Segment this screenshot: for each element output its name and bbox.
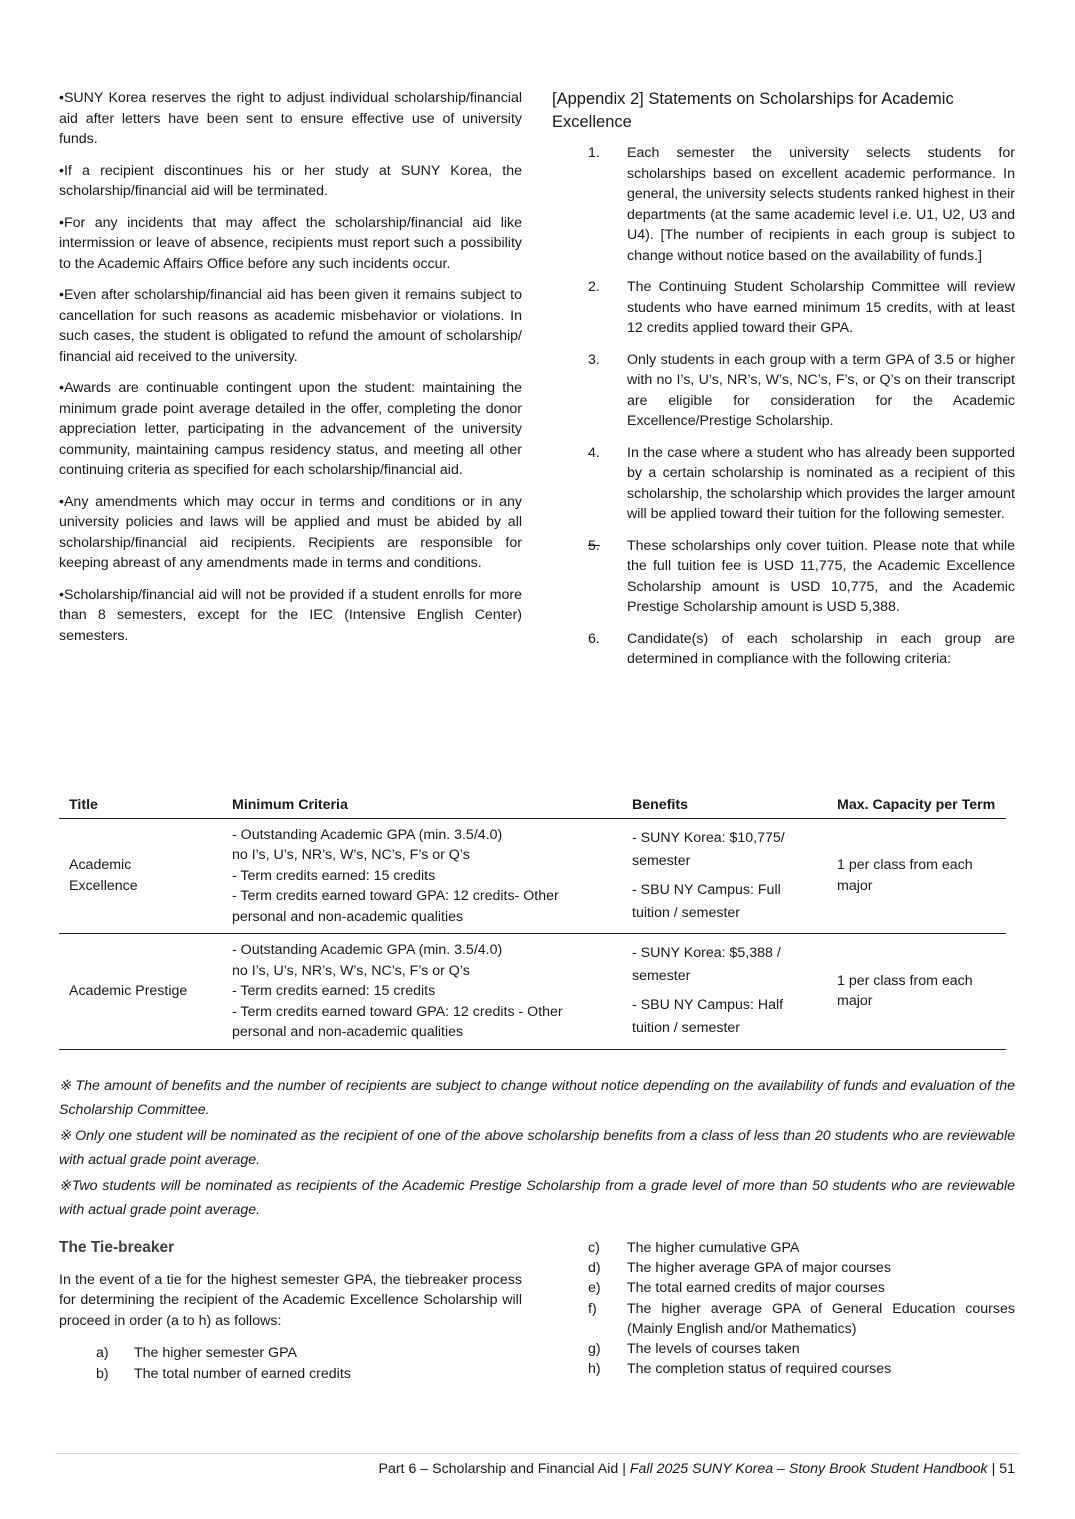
list-marker: a) xyxy=(96,1343,109,1364)
list-item-text: The levels of courses taken xyxy=(627,1341,800,1357)
benefit-line: - SBU NY Campus: Half tuition / semester xyxy=(632,994,817,1040)
cell-capacity: 1 per class from each major xyxy=(827,934,1006,1050)
header-title: Title xyxy=(59,793,222,818)
note: ※ The amount of benefits and the number … xyxy=(59,1074,1015,1122)
list-marker: 3. xyxy=(588,350,600,371)
list-marker: d) xyxy=(588,1258,601,1278)
footer-separator: | xyxy=(988,1461,1000,1477)
scholarship-table: Title Minimum Criteria Benefits Max. Cap… xyxy=(59,793,1006,1050)
criteria-line: - Term credits earned: 15 credits xyxy=(232,981,612,1002)
cell-benefits: - SUNY Korea: $5,388 / semester - SBU NY… xyxy=(622,934,827,1050)
list-item-text: The Continuing Student Scholarship Commi… xyxy=(627,279,1015,336)
tiebreaker-list-right: c)The higher cumulative GPA d)The higher… xyxy=(552,1238,1015,1379)
benefit-line: - SUNY Korea: $10,775/ semester xyxy=(632,827,817,873)
cell-criteria: - Outstanding Academic GPA (min. 3.5/4.0… xyxy=(222,934,622,1050)
list-item-text: The higher cumulative GPA xyxy=(627,1240,799,1256)
criteria-line: - Outstanding Academic GPA (min. 3.5/4.0… xyxy=(232,940,612,961)
tiebreaker-section: The Tie-breaker In the event of a tie fo… xyxy=(59,1238,522,1384)
tiebreaker-intro: In the event of a tie for the highest se… xyxy=(59,1270,522,1332)
policy-paragraph: •For any incidents that may affect the s… xyxy=(59,213,522,275)
list-item: 5.These scholarships only cover tuition.… xyxy=(552,536,1015,618)
criteria-line: no I’s, U’s, NR’s, W’s, NC’s, F’s or Q’s xyxy=(232,961,612,982)
policy-paragraph: •Even after scholarship/financial aid ha… xyxy=(59,285,522,367)
table-header-row: Title Minimum Criteria Benefits Max. Cap… xyxy=(59,793,1006,818)
policy-paragraph: •Scholarship/financial aid will not be p… xyxy=(59,585,522,647)
table-notes: ※ The amount of benefits and the number … xyxy=(59,1074,1015,1224)
policy-paragraph: •Any amendments which may occur in terms… xyxy=(59,492,522,574)
criteria-line: - Term credits earned: 15 credits xyxy=(232,866,612,887)
table-row: Academic Excellence - Outstanding Academ… xyxy=(59,818,1006,934)
list-item: c)The higher cumulative GPA xyxy=(552,1238,1015,1258)
cell-title: Academic Excellence xyxy=(59,818,222,934)
list-marker: 4. xyxy=(588,443,600,464)
appendix-section: [Appendix 2] Statements on Scholarships … xyxy=(552,88,1015,681)
footer-section: Part 6 – Scholarship and Financial Aid xyxy=(378,1461,618,1477)
benefit-line: - SBU NY Campus: Full tuition / semester xyxy=(632,879,817,925)
list-item-text: The higher average GPA of major courses xyxy=(627,1260,891,1276)
policy-paragraph: •Awards are continuable contingent upon … xyxy=(59,378,522,481)
criteria-line: personal and non-academic qualities xyxy=(232,1022,612,1043)
list-item-text: Candidate(s) of each scholarship in each… xyxy=(627,631,1015,668)
header-criteria: Minimum Criteria xyxy=(222,793,622,818)
tiebreaker-title: The Tie-breaker xyxy=(59,1238,522,1259)
list-item: e)The total earned credits of major cour… xyxy=(552,1278,1015,1298)
cell-capacity: 1 per class from each major xyxy=(827,818,1006,934)
list-marker: b) xyxy=(96,1364,109,1385)
list-marker: f) xyxy=(588,1299,597,1319)
tiebreaker-list-left: a)The higher semester GPA b)The total nu… xyxy=(59,1343,522,1384)
list-item-text: The higher semester GPA xyxy=(134,1345,297,1361)
list-marker: 1. xyxy=(588,143,600,164)
table-row: Academic Prestige - Outstanding Academic… xyxy=(59,934,1006,1050)
criteria-line: no I’s, U’s, NR’s, W’s, NC’s, F’s or Q’s xyxy=(232,845,612,866)
list-item-text: The completion status of required course… xyxy=(627,1361,891,1377)
footer-handbook-title: Fall 2025 SUNY Korea – Stony Brook Stude… xyxy=(630,1461,988,1477)
policy-paragraph: •If a recipient discontinues his or her … xyxy=(59,161,522,202)
cell-benefits: - SUNY Korea: $10,775/ semester - SBU NY… xyxy=(622,818,827,934)
list-item: 3.Only students in each group with a ter… xyxy=(552,350,1015,432)
list-item-text: These scholarships only cover tuition. P… xyxy=(627,538,1015,616)
list-marker: e) xyxy=(588,1278,601,1298)
benefit-line: - SUNY Korea: $5,388 / semester xyxy=(632,942,817,988)
cell-criteria: - Outstanding Academic GPA (min. 3.5/4.0… xyxy=(222,818,622,934)
list-marker: 6. xyxy=(588,629,600,650)
list-marker: 2. xyxy=(588,277,600,298)
list-item: 1.Each semester the university selects s… xyxy=(552,143,1015,266)
left-column: •SUNY Korea reserves the right to adjust… xyxy=(59,88,522,657)
list-item: 6.Candidate(s) of each scholarship in ea… xyxy=(552,629,1015,670)
list-item: b)The total number of earned credits xyxy=(59,1364,522,1385)
list-item-text: Each semester the university selects stu… xyxy=(627,145,1015,264)
page-footer: Part 6 – Scholarship and Financial Aid |… xyxy=(378,1459,1015,1479)
list-marker: 5. xyxy=(588,536,600,557)
list-item-text: In the case where a student who has alre… xyxy=(627,445,1015,523)
list-marker: g) xyxy=(588,1339,601,1359)
list-item-text: The higher average GPA of General Educat… xyxy=(627,1301,1015,1337)
note: ※ Only one student will be nominated as … xyxy=(59,1124,1015,1172)
tiebreaker-list-right-container: c)The higher cumulative GPA d)The higher… xyxy=(552,1238,1015,1379)
list-item: d)The higher average GPA of major course… xyxy=(552,1258,1015,1278)
list-marker: c) xyxy=(588,1238,600,1258)
list-item-text: The total number of earned credits xyxy=(134,1366,351,1382)
list-item: h)The completion status of required cour… xyxy=(552,1359,1015,1379)
criteria-line: - Term credits earned toward GPA: 12 cre… xyxy=(232,886,612,907)
list-item: a)The higher semester GPA xyxy=(59,1343,522,1364)
page-number: 51 xyxy=(999,1461,1015,1477)
header-capacity: Max. Capacity per Term xyxy=(827,793,1006,818)
list-item-text: Only students in each group with a term … xyxy=(627,352,1015,430)
list-item: g)The levels of courses taken xyxy=(552,1339,1015,1359)
criteria-line: personal and non-academic qualities xyxy=(232,907,612,928)
criteria-line: - Term credits earned toward GPA: 12 cre… xyxy=(232,1002,612,1023)
appendix-list: 1.Each semester the university selects s… xyxy=(552,143,1015,670)
criteria-line: - Outstanding Academic GPA (min. 3.5/4.0… xyxy=(232,825,612,846)
policy-paragraph: •SUNY Korea reserves the right to adjust… xyxy=(59,88,522,150)
footer-separator: | xyxy=(618,1461,630,1477)
list-item: 4.In the case where a student who has al… xyxy=(552,443,1015,525)
note: ※Two students will be nominated as recip… xyxy=(59,1174,1015,1222)
footer-divider xyxy=(55,1453,1020,1454)
header-benefits: Benefits xyxy=(622,793,827,818)
cell-title: Academic Prestige xyxy=(59,934,222,1050)
list-item: f)The higher average GPA of General Educ… xyxy=(552,1299,1015,1339)
appendix-title: [Appendix 2] Statements on Scholarships … xyxy=(552,88,1015,134)
list-item: 2.The Continuing Student Scholarship Com… xyxy=(552,277,1015,339)
list-item-text: The total earned credits of major course… xyxy=(627,1280,885,1296)
list-marker: h) xyxy=(588,1359,601,1379)
